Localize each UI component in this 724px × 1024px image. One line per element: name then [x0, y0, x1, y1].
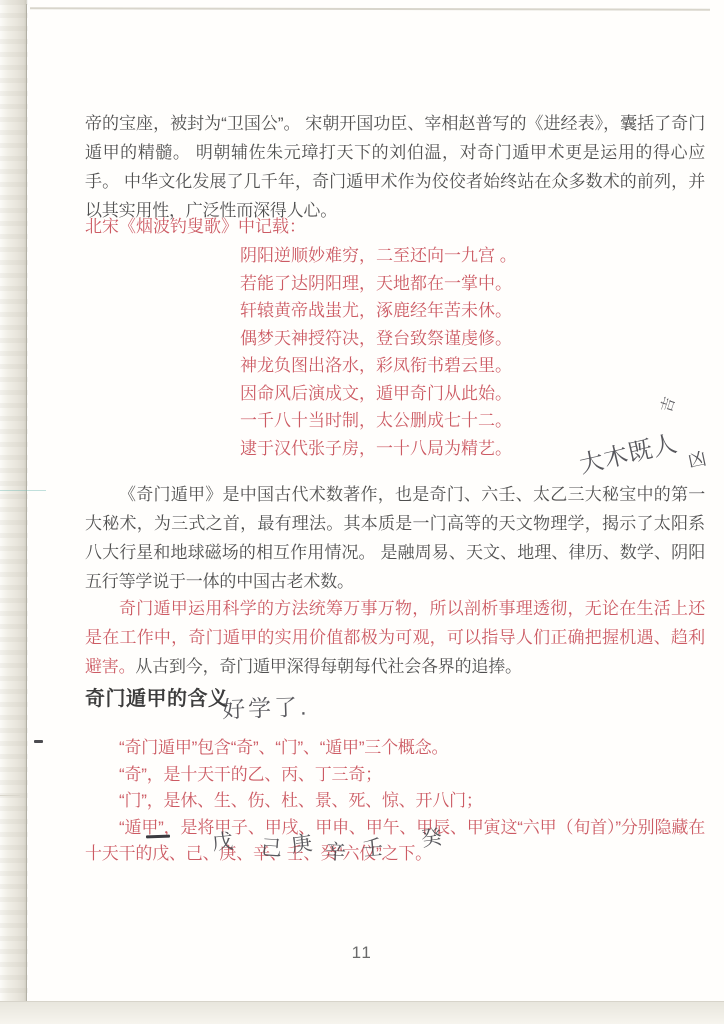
page-number: 11 — [0, 943, 724, 963]
concept-item: “遁甲”，是将甲子、甲戌、甲申、甲午、甲辰、甲寅这“六甲（旬首）”分别隐藏在十天… — [85, 815, 705, 868]
poem-block: 阴阳逆顺妙难穷，二至还向一九宫 。 若能了达阴阳理，天地都在一掌中。 轩辕黄帝战… — [240, 242, 517, 462]
margin-pen-dash — [34, 740, 43, 743]
handwritten-stem: 己 — [260, 831, 283, 862]
paragraph-value: 奇门遁甲运用科学的方法统筹万事万物，所以剖析事理透彻，无论在生活上还是在工作中，… — [85, 594, 705, 681]
paragraph-value-black-part: 从古到今，奇门遁甲深得每朝每代社会各界的追捧。 — [135, 657, 521, 676]
handwritten-stem: 戊 — [210, 825, 234, 857]
paragraph-history: 帝的宝座，被封为“卫国公”。 宋朝开国功臣、宰相赵普写的《进经表》，囊括了奇门遁… — [85, 109, 705, 225]
handwritten-side-note-main: 大木既人 — [575, 423, 680, 480]
handwritten-stem: 庚 — [289, 827, 314, 860]
handwritten-side-note-small: 吉 — [655, 394, 680, 415]
poem-line: 偶梦天神授符决，登台致祭谨虔修。 — [240, 325, 517, 353]
concept-item: “奇门遁甲”包含“奇”、“门”、“遁甲”三个概念。 — [85, 735, 705, 762]
section-heading: 奇门遁甲的含义 — [85, 686, 229, 712]
handwritten-stem: 壬 — [361, 831, 385, 863]
handwritten-stem: 辛 — [324, 835, 347, 866]
handwritten-side-note-xiong: 凶 — [685, 444, 708, 473]
poem-line: 若能了达阴阳理，天地都在一掌中。 — [240, 270, 517, 298]
poem-line: 轩辕黄帝战蚩尤，涿鹿经年苦未休。 — [240, 297, 517, 325]
scan-left-page-edge — [0, 0, 28, 1010]
scanned-document-page: 帝的宝座，被封为“卫国公”。 宋朝开国功臣、宰相赵普写的《进经表》，囊括了奇门遁… — [0, 0, 724, 1024]
paragraph-definition: 《奇门遁甲》是中国古代术数著作，也是奇门、六壬、太乙三大秘宝中的第一大秘术，为三… — [85, 480, 705, 596]
concept-item: “门”，是休、生、伤、杜、景、死、惊、开八门； — [85, 788, 705, 815]
concept-list: “奇门遁甲”包含“奇”、“门”、“遁甲”三个概念。 “奇”，是十天干的乙、丙、丁… — [85, 735, 705, 868]
poem-line: 阴阳逆顺妙难穷，二至还向一九宫 。 — [240, 242, 517, 270]
scanner-streak-faint — [0, 795, 20, 796]
handwritten-side-note: 吉 大木既人 凶 — [578, 396, 723, 476]
scan-left-edge-line — [26, 4, 27, 1006]
poem-intro-line: 北宋《烟波钓叟歌》中记载： — [85, 212, 306, 241]
poem-line: 因命风后演成文，遁甲奇门从此始。 — [240, 380, 517, 408]
scan-bottom-page-edge — [0, 1001, 724, 1024]
scan-top-page-edge — [30, 7, 710, 10]
handwritten-stem: 癸 — [419, 821, 444, 854]
poem-line: 逮于汉代张子房，一十八局为精艺。 — [240, 435, 517, 463]
concept-item: “奇”，是十天干的乙、丙、丁三奇； — [85, 762, 705, 789]
poem-line: 一千八十当时制，太公删成七十二。 — [240, 407, 517, 435]
poem-line: 神龙负图出洛水，彩凤衔书碧云里。 — [240, 352, 517, 380]
handwritten-heading-note: 好学了. — [221, 688, 309, 724]
scanner-streak — [0, 490, 46, 491]
